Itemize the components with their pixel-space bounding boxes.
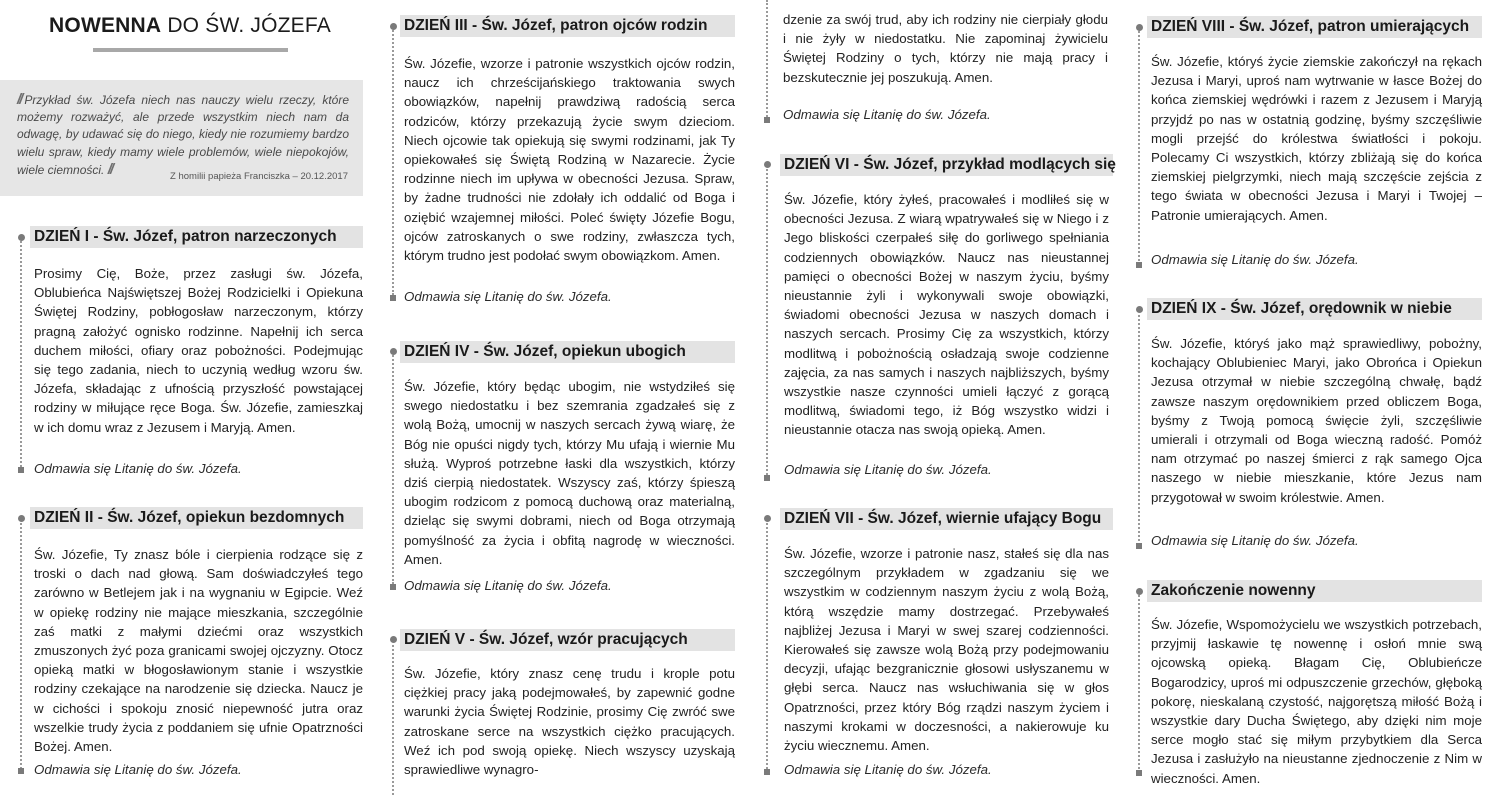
timeline-line [1138,28,1140,264]
bullet-dot-icon [390,348,397,355]
bullet-square-icon [764,475,770,481]
bullet-square-icon [1136,770,1142,776]
day-9-litany: Odmawia się Litanię do św. Józefa. [1151,533,1359,548]
title-rest: DO ŚW. JÓZEFA [161,14,331,37]
bullet-dot-icon [390,23,397,30]
day-3-litany: Odmawia się Litanię do św. Józefa. [404,289,612,304]
day-2-heading: DZIEŃ II - Św. Józef, opiekun bezdomnych [30,507,363,529]
timeline-line [1138,310,1140,545]
day-1-litany: Odmawia się Litanię do św. Józefa. [34,461,242,476]
day-1-heading: DZIEŃ I - Św. Józef, patron narzeczonych [30,226,363,248]
column-2: DZIEŃ III - Św. Józef, patron ojców rodz… [380,0,755,795]
day-8-heading: DZIEŃ VIII - Św. Józef, patron umierając… [1147,16,1482,38]
bullet-square-icon [390,584,396,590]
day-5-litany: Odmawia się Litanię do św. Józefa. [783,107,991,122]
day-2-litany: Odmawia się Litanię do św. Józefa. [34,762,242,777]
day-5-heading: DZIEŃ V - Św. Józef, wzór pracujących [400,629,735,651]
day-8-litany: Odmawia się Litanię do św. Józefa. [1151,252,1359,267]
title-block: NOWENNA DO ŚW. JÓZEFA [0,14,380,52]
day-5-body: Św. Józefie, który znasz cenę trudu i kr… [404,664,735,779]
bullet-square-icon [390,295,396,301]
day-9-body: Św. Józefie, któryś jako mąż sprawiedliw… [1151,334,1482,507]
day-8-body: Św. Józefie, któryś życie ziemskie zakoń… [1151,52,1482,225]
day-4-heading: DZIEŃ IV - Św. Józef, opiekun ubogich [400,341,735,363]
title-bold: NOWENNA [49,14,161,37]
open-quote-icon: // [17,91,21,108]
day-9-heading: DZIEŃ IX - Św. Józef, orędownik w niebie [1147,298,1482,320]
bullet-dot-icon [1136,306,1143,313]
bullet-dot-icon [18,515,25,522]
timeline-line [392,640,394,795]
day-3-heading: DZIEŃ III - Św. Józef, patron ojców rodz… [400,15,735,37]
bullet-square-icon [1136,543,1142,549]
bullet-dot-icon [1136,24,1143,31]
quote-paragraph: //Przykład św. Józefa niech nas nauczy w… [17,91,349,179]
timeline-line [766,165,768,475]
column-4: DZIEŃ VIII - Św. Józef, patron umierając… [1130,0,1500,795]
bullet-square-icon [1136,262,1142,268]
timeline-line [1138,592,1140,772]
page-title: NOWENNA DO ŚW. JÓZEFA [0,14,380,38]
timeline-line [20,519,22,769]
day-6-litany: Odmawia się Litanię do św. Józefa. [784,462,992,477]
day-7-body: Św. Józefie, wzorze i patronie nasz, sta… [784,544,1109,755]
closing-heading: Zakończenie nowenny [1147,580,1482,602]
bullet-dot-icon [18,234,25,241]
day-7-heading: DZIEŃ VII - Św. Józef, wiernie ufający B… [780,508,1113,530]
timeline-line [392,27,394,295]
bullet-square-icon [18,467,24,473]
column-1: NOWENNA DO ŚW. JÓZEFA //Przykład św. Józ… [0,0,380,795]
close-quote-icon: // [108,161,112,178]
quote-box: //Przykład św. Józefa niech nas nauczy w… [0,80,363,196]
day-5-body-continued: dzenie za swój trud, aby ich rodziny nie… [783,10,1108,87]
title-underline [93,48,288,52]
day-6-body: Św. Józefie, który żyłeś, pracowałeś i m… [784,190,1109,440]
bullet-dot-icon [390,636,397,643]
bullet-square-icon [764,117,770,123]
timeline-line [20,238,22,470]
quote-source: Z homilii papieża Franciszka – 20.12.201… [170,171,348,182]
bullet-dot-icon [764,161,771,168]
day-6-heading: DZIEŃ VI - Św. Józef, przykład modlących… [780,154,1113,176]
bullet-square-icon [18,768,24,774]
day-7-litany: Odmawia się Litanię do św. Józefa. [784,762,992,777]
day-2-body: Św. Józefie, Ty znasz bóle i cierpienia … [34,545,363,756]
day-4-litany: Odmawia się Litanię do św. Józefa. [404,578,612,593]
timeline-line [766,519,768,773]
bullet-dot-icon [1136,588,1143,595]
day-4-body: Św. Józefie, który będąc ubogim, nie wst… [404,377,735,569]
day-1-body: Prosimy Cię, Boże, przez zasługi św. Józ… [34,264,363,437]
column-3: dzenie za swój trud, aby ich rodziny nie… [755,0,1130,795]
quote-text: Przykład św. Józefa niech nas nauczy wie… [17,93,349,177]
timeline-line [766,0,768,117]
bullet-square-icon [764,769,770,775]
closing-body: Św. Józefie, Wspomożycielu we wszystkich… [1151,615,1482,788]
bullet-dot-icon [764,515,771,522]
day-3-body: Św. Józefie, wzorze i patronie wszystkic… [404,54,735,265]
timeline-line [392,352,394,584]
